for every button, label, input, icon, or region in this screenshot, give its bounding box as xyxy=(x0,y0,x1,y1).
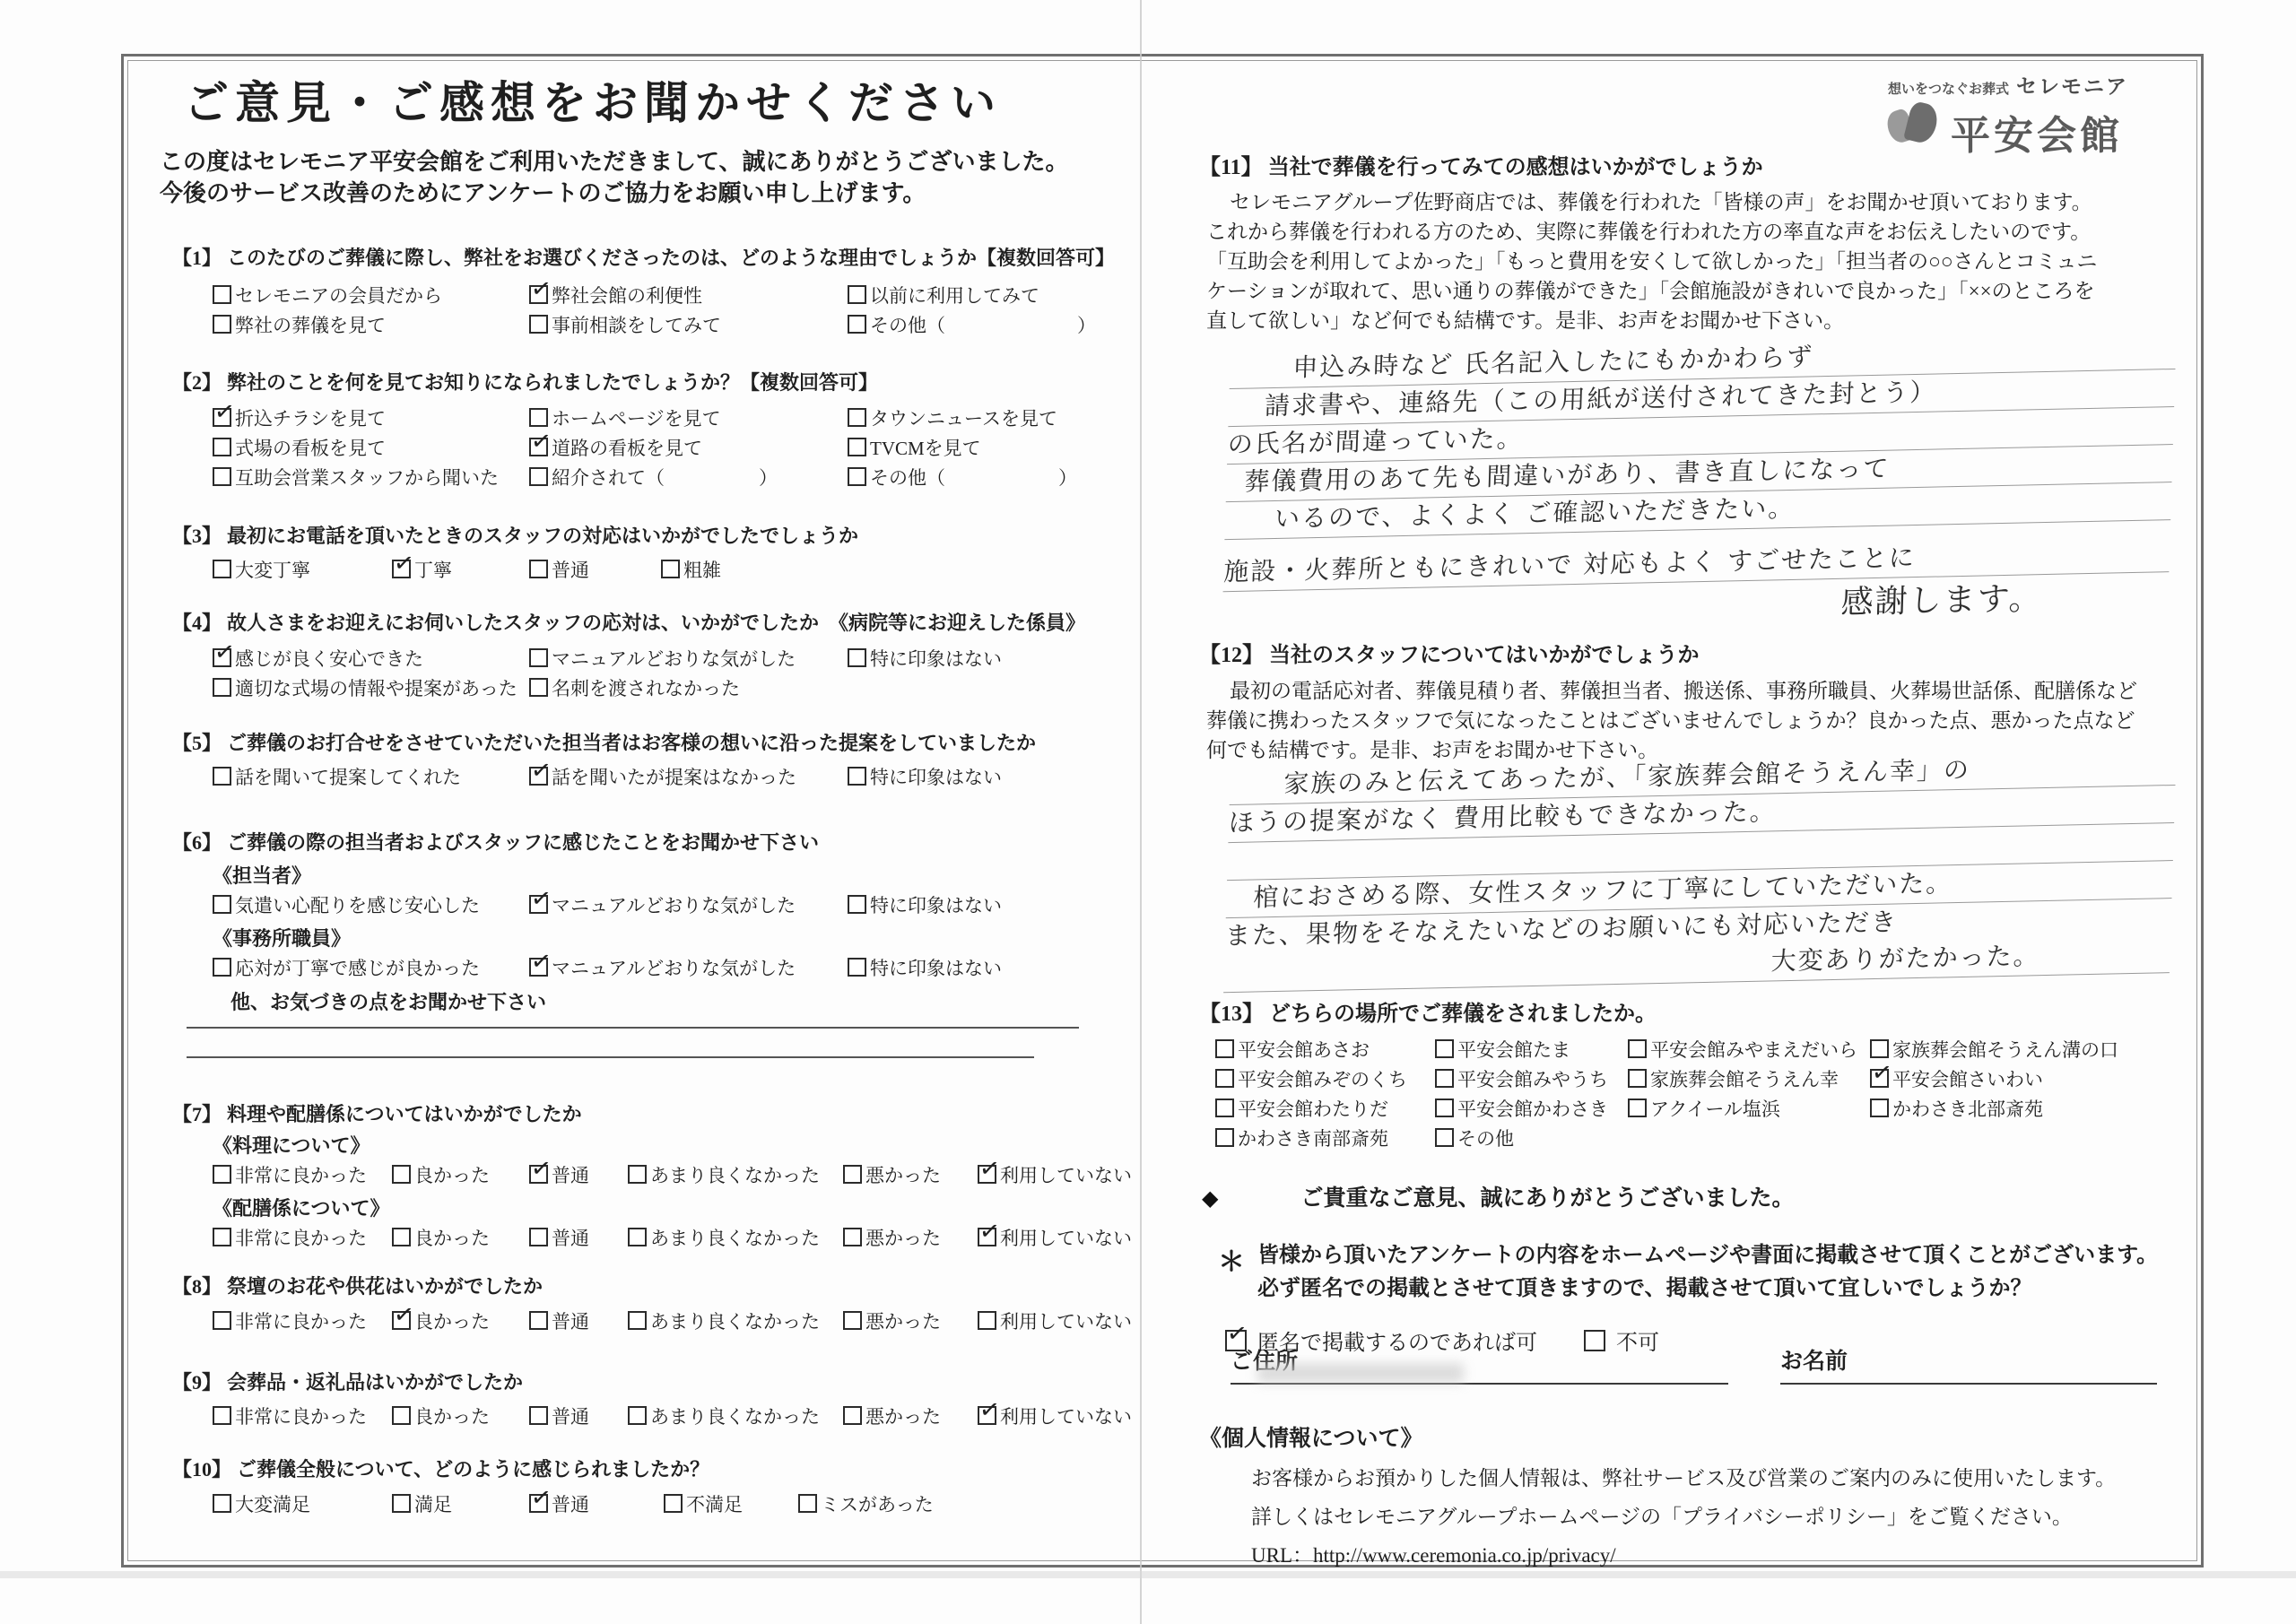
checkmark-icon: ✓ xyxy=(1870,1057,1894,1090)
checkbox[interactable] xyxy=(798,1494,817,1513)
option-label: かわさき南部斎苑 xyxy=(1238,1128,1388,1150)
checkmark-icon: ✓ xyxy=(978,1216,1002,1248)
checkbox[interactable] xyxy=(213,1494,231,1513)
checkbox[interactable] xyxy=(529,315,548,334)
checkbox[interactable] xyxy=(1215,1039,1234,1058)
option-label: かわさき北部斎苑 xyxy=(1892,1099,2043,1120)
checkmark-icon: ✓ xyxy=(529,1482,553,1515)
checkbox[interactable] xyxy=(529,1228,548,1246)
option-label: あまり良くなかった xyxy=(650,1406,820,1428)
option-unchecked: 普通 xyxy=(529,1224,628,1254)
checkbox[interactable] xyxy=(213,285,231,304)
option-label: 利用していない xyxy=(1000,1165,1132,1186)
checkmark-icon: ✓ xyxy=(392,548,416,580)
text-line: ケーションが取れて、思い通りの葬儀ができた」「会館施設がきれいで良かった」「××… xyxy=(1206,276,2186,306)
question-6-note: 他、お気づきの点をお聞かせ下さい xyxy=(230,987,1141,1015)
option-label: あまり良くなかった xyxy=(650,1228,820,1249)
option-unchecked: 良かった xyxy=(392,1403,529,1432)
question-7-heading: 【7】料理や配膳係についてはいかがでしたか xyxy=(172,1099,1141,1127)
checkbox[interactable] xyxy=(213,315,231,334)
logo-brand-text: セレモニア xyxy=(2016,75,2128,98)
option-unchecked: かわさき北部斎苑 xyxy=(1870,1095,2195,1125)
name-field[interactable]: お名前 xyxy=(1780,1343,2157,1385)
question-number: 【4】 xyxy=(172,612,222,634)
option-label: 適切な式場の情報や提案があった xyxy=(235,678,517,699)
option-label: 話を聞いたが提案はなかった xyxy=(552,767,796,788)
option-unchecked: 粗雑 xyxy=(661,556,1141,586)
question-number: 【13】 xyxy=(1199,1003,1264,1026)
option-label: 平安会館かわさき xyxy=(1457,1099,1608,1120)
option-label: 普通 xyxy=(552,1228,589,1249)
question-5-options: 話を聞いて提案してくれた✓話を聞いたが提案はなかった特に印象はない xyxy=(213,763,1141,793)
question-6-options-tantousha: 気遣い心配りを感じ安心した✓マニュアルどおりな気がした特に印象はない xyxy=(213,891,1141,921)
question-number: 【10】 xyxy=(172,1458,231,1481)
option-label: 平安会館みやまえだいら xyxy=(1650,1039,1857,1061)
checkbox[interactable] xyxy=(213,560,231,578)
option-label: その他（ ） xyxy=(870,315,1096,336)
option-unchecked: 名刺を渡されなかった xyxy=(529,674,848,704)
question-text: 最初にお電話を頂いたときのスタッフの対応はいかがでしたでしょうか xyxy=(227,525,858,547)
option-unchecked: マニュアルどおりな気がした xyxy=(529,645,848,674)
checkbox[interactable] xyxy=(529,678,548,697)
checkbox[interactable]: ✓ xyxy=(392,1311,411,1330)
question-12-handwritten-answer[interactable]: 家族のみと伝えてあったが、「家族葬会館そうえん幸」のほうの提案がなく 費用比較も… xyxy=(1223,748,2177,993)
scan-edge-shadow xyxy=(0,1571,2296,1578)
checkbox[interactable] xyxy=(1435,1069,1454,1088)
option-unchecked: 式場の看板を見て xyxy=(213,434,529,464)
option-unchecked: 特に印象はない xyxy=(848,763,1141,793)
option-checked: ✓利用していない xyxy=(978,1161,1141,1191)
checkbox[interactable] xyxy=(1215,1069,1234,1088)
option-label: TVCMを見て xyxy=(870,438,981,459)
checkbox[interactable]: ✓ xyxy=(529,767,548,786)
checkbox[interactable] xyxy=(628,1406,647,1425)
checkbox[interactable] xyxy=(392,1165,411,1184)
publish-consent-section: ＊ 皆様から頂いたアンケートの内容をホームページや書面に掲載させて頂くことがござ… xyxy=(1218,1239,2187,1359)
question-text: 弊社のことを何を見てお知りになられましたでしょうか？【複数回答可】 xyxy=(227,371,878,394)
option-unchecked: 満足 xyxy=(392,1490,529,1520)
text-line: セレモニアグループ佐野商店では、葬儀を行われた「皆様の声」をお聞かせ頂いておりま… xyxy=(1206,187,2186,217)
option-label: 普通 xyxy=(552,1494,589,1515)
checkbox[interactable] xyxy=(848,767,866,786)
question-7: 【7】料理や配膳係についてはいかがでしたか 《料理について》 非常に良かった良か… xyxy=(172,1099,1141,1254)
option-unchecked: 普通 xyxy=(529,1307,628,1337)
question-text: 故人さまをお迎えにお伺いしたスタッフの応対は、いかがでしたか 《病院等にお迎えし… xyxy=(227,612,1085,634)
checkbox[interactable] xyxy=(529,560,548,578)
option-checked: ✓弊社会館の利便性 xyxy=(529,282,848,311)
privacy-heading: 《個人情報について》 xyxy=(1199,1420,2186,1453)
option-unchecked: 特に印象はない xyxy=(848,954,1141,984)
checkbox[interactable] xyxy=(848,648,866,667)
option-checked: ✓マニュアルどおりな気がした xyxy=(529,891,848,921)
option-unchecked: 大変丁寧 xyxy=(213,556,392,586)
checkbox[interactable] xyxy=(1215,1128,1234,1147)
checkbox[interactable] xyxy=(843,1165,862,1184)
checkmark-icon: ✓ xyxy=(529,274,553,306)
option-label: 事前相談をしてみて xyxy=(552,315,721,336)
privacy-url[interactable]: URL：http://www.ceremonia.co.jp/privacy/ xyxy=(1251,1539,2186,1568)
option-label: 普通 xyxy=(552,1311,589,1333)
checkmark-icon: ✓ xyxy=(529,755,553,787)
option-checked: ✓折込チラシを見て xyxy=(213,404,529,434)
thanks-text: ご貴重なご意見、誠にありがとうございました。 xyxy=(1300,1186,1794,1211)
option-checked: ✓平安会館さいわい xyxy=(1870,1065,2195,1095)
option-label: 特に印象はない xyxy=(870,958,1002,979)
checkbox[interactable] xyxy=(213,1311,231,1330)
option-label: ミスがあった xyxy=(821,1494,934,1515)
address-field[interactable]: ご住所 xyxy=(1231,1343,1728,1385)
question-text: ご葬儀の際の担当者およびスタッフに感じたことをお聞かせ下さい xyxy=(227,831,819,854)
question-11-description: セレモニアグループ佐野商店では、葬儀を行われた「皆様の声」をお聞かせ頂いておりま… xyxy=(1206,187,2186,335)
question-8-options: 非常に良かった✓良かった普通あまり良くなかった悪かった利用していない xyxy=(213,1307,1141,1337)
option-label: 弊社会館の利便性 xyxy=(552,285,702,307)
checkbox[interactable] xyxy=(213,1406,231,1425)
option-unchecked: その他 xyxy=(1435,1125,1628,1154)
option-unchecked: 平安会館わたりだ xyxy=(1215,1095,1435,1125)
checkbox[interactable] xyxy=(392,1406,411,1425)
option-label: 感じが良く安心できた xyxy=(235,648,423,670)
question-3: 【3】最初にお電話を頂いたときのスタッフの対応はいかがでしたでしょうか 大変丁寧… xyxy=(172,521,1141,586)
option-label: あまり良くなかった xyxy=(650,1311,820,1333)
option-unchecked: 家族葬会館そうえん幸 xyxy=(1628,1065,1870,1095)
option-label: 普通 xyxy=(552,1165,589,1186)
checkbox[interactable] xyxy=(848,895,866,914)
checkbox[interactable] xyxy=(848,438,866,456)
text-line: 「互助会を利用してよかった」「もっと費用を安くして欲しかった」「担当者の○○さん… xyxy=(1206,247,2186,276)
logo-petal-right xyxy=(1903,100,1941,145)
question-12: 【12】当社のスタッフについてはいかがでしょうか 最初の電話応対者、葬儀見積り者… xyxy=(1199,637,2186,765)
text-line: 直して欲しい」など何でも結構です。是非、お声をお聞かせ下さい。 xyxy=(1206,306,2186,335)
question-10-heading: 【10】ご葬儀全般について、どのように感じられましたか？ xyxy=(172,1455,1141,1482)
option-unchecked: かわさき南部斎苑 xyxy=(1215,1125,1435,1154)
text-line: これから葬儀を行われる方のため、実際に葬儀を行われた方の率直な声をお伝えしたいの… xyxy=(1206,217,2186,247)
checkbox[interactable] xyxy=(213,438,231,456)
text-line: 皆様から頂いたアンケートの内容をホームページや書面に掲載させて頂くことがございま… xyxy=(1257,1239,2187,1272)
option-unchecked: 応対が丁寧で感じが良かった xyxy=(213,954,529,984)
option-label: 平安会館みやうち xyxy=(1457,1069,1608,1090)
checkbox[interactable] xyxy=(213,895,231,914)
checkbox[interactable] xyxy=(1870,1099,1889,1117)
checkbox[interactable] xyxy=(1628,1069,1647,1088)
checkbox[interactable]: ✓ xyxy=(978,1165,996,1184)
option-unchecked: あまり良くなかった xyxy=(628,1224,843,1254)
option-label: 普通 xyxy=(552,1406,589,1428)
question-number: 【12】 xyxy=(1199,644,1264,667)
option-unchecked: 話を聞いて提案してくれた xyxy=(213,763,529,793)
checkbox[interactable]: ✓ xyxy=(529,895,548,914)
checkmark-icon: ✓ xyxy=(529,426,553,458)
option-unchecked: 非常に良かった xyxy=(213,1307,392,1337)
checkbox[interactable] xyxy=(213,958,231,977)
text-line: 葬儀に携わったスタッフで気になったことはございませんでしょうか？良かった点、悪か… xyxy=(1206,706,2186,735)
checkbox[interactable] xyxy=(529,1311,548,1330)
option-unchecked: 悪かった xyxy=(843,1403,978,1432)
checkbox[interactable] xyxy=(1435,1039,1454,1058)
checkbox[interactable] xyxy=(843,1406,862,1425)
question-12-heading: 【12】当社のスタッフについてはいかがでしょうか xyxy=(1199,637,2186,668)
checkbox[interactable] xyxy=(628,1228,647,1246)
option-label: 非常に良かった xyxy=(235,1311,367,1333)
option-unchecked: 平安会館たま xyxy=(1435,1036,1628,1065)
option-label: 大変丁寧 xyxy=(235,560,310,581)
checkbox[interactable]: ✓ xyxy=(213,408,231,427)
question-text: 当社のスタッフについてはいかがでしょうか xyxy=(1269,644,1700,667)
option-unchecked: あまり良くなかった xyxy=(628,1403,843,1432)
logo-tagline: 想いをつなぐお葬式セレモニア xyxy=(1888,70,2175,100)
option-unchecked: 普通 xyxy=(529,556,661,586)
question-1: 【1】このたびのご葬儀に際し、弊社をお選びくださったのは、どのような理由でしょう… xyxy=(172,243,1141,341)
question-8: 【8】祭壇のお花や供花はいかがでしたか 非常に良かった✓良かった普通あまり良くな… xyxy=(172,1272,1141,1337)
question-3-heading: 【3】最初にお電話を頂いたときのスタッフの対応はいかがでしたでしょうか xyxy=(172,521,1141,549)
checkbox[interactable] xyxy=(529,467,548,486)
question-4: 【4】故人さまをお迎えにお伺いしたスタッフの応対は、いかがでしたか 《病院等にお… xyxy=(172,608,1141,704)
checkbox[interactable]: ✓ xyxy=(978,1406,996,1425)
option-unchecked: その他（ ） xyxy=(848,311,1141,341)
free-comment-line-2[interactable] xyxy=(187,1056,1034,1058)
question-text: 料理や配膳係についてはいかがでしたか xyxy=(227,1103,582,1125)
option-label: 非常に良かった xyxy=(235,1228,367,1249)
option-unchecked: 特に印象はない xyxy=(848,891,1141,921)
question-7-options-ryori: 非常に良かった良かった✓普通あまり良くなかった悪かった✓利用していない xyxy=(213,1161,1141,1191)
question-7-subhead-ryori: 《料理について》 xyxy=(213,1131,1141,1159)
option-label: 平安会館あさお xyxy=(1238,1039,1370,1061)
option-label: 話を聞いて提案してくれた xyxy=(235,767,461,788)
checkbox[interactable]: ✓ xyxy=(392,560,411,578)
name-label: お名前 xyxy=(1780,1350,1848,1374)
question-6-heading: 【6】ご葬儀の際の担当者およびスタッフに感じたことをお聞かせ下さい xyxy=(172,828,1141,855)
option-label: 気遣い心配りを感じ安心した xyxy=(235,895,480,916)
option-label: 紹介されて（ ） xyxy=(552,467,778,489)
option-label: 平安会館わたりだ xyxy=(1238,1099,1388,1120)
option-label: 特に印象はない xyxy=(870,767,1002,788)
option-unchecked: 平安会館みぞのくち xyxy=(1215,1065,1435,1095)
option-unchecked: TVCMを見て xyxy=(848,434,1141,464)
option-label: 悪かった xyxy=(865,1311,941,1333)
option-label: 良かった xyxy=(414,1228,490,1249)
option-unchecked: 利用していない xyxy=(978,1307,1141,1337)
checkbox[interactable] xyxy=(1628,1099,1647,1117)
option-label: 利用していない xyxy=(1000,1406,1132,1428)
checkbox[interactable] xyxy=(1628,1039,1647,1058)
checkmark-icon: ✓ xyxy=(978,1394,1002,1427)
option-label: 満足 xyxy=(414,1494,452,1515)
checkbox[interactable] xyxy=(213,1228,231,1246)
option-label: 特に印象はない xyxy=(870,648,1002,670)
option-label: 良かった xyxy=(414,1165,490,1186)
checkbox[interactable] xyxy=(392,1494,411,1513)
question-4-options: ✓感じが良く安心できたマニュアルどおりな気がした特に印象はない適切な式場の情報や… xyxy=(213,645,1141,704)
question-7-options-haizen: 非常に良かった良かった普通あまり良くなかった悪かった✓利用していない xyxy=(213,1224,1141,1254)
question-10: 【10】ご葬儀全般について、どのように感じられましたか？ 大変満足満足✓普通不満… xyxy=(172,1455,1141,1520)
option-unchecked: 普通 xyxy=(529,1403,628,1432)
checkbox[interactable] xyxy=(661,560,680,578)
checkbox[interactable]: ✓ xyxy=(529,438,548,456)
checkmark-icon: ✓ xyxy=(978,1153,1002,1185)
option-checked: ✓マニュアルどおりな気がした xyxy=(529,954,848,984)
checkbox[interactable]: ✓ xyxy=(529,958,548,977)
option-unchecked: 気遣い心配りを感じ安心した xyxy=(213,891,529,921)
question-6-subhead-tantousha: 《担当者》 xyxy=(213,861,1141,889)
option-unchecked: 悪かった xyxy=(843,1307,978,1337)
option-unchecked: アクイール塩浜 xyxy=(1628,1095,1870,1125)
checkbox[interactable]: ✓ xyxy=(529,1494,548,1513)
option-checked: ✓丁寧 xyxy=(392,556,529,586)
checkbox[interactable] xyxy=(529,648,548,667)
question-9-options: 非常に良かった良かった普通あまり良くなかった悪かった✓利用していない xyxy=(213,1403,1141,1432)
option-unchecked: 非常に良かった xyxy=(213,1403,392,1432)
free-comment-line-1[interactable] xyxy=(187,1027,1079,1029)
option-unchecked: 事前相談をしてみて xyxy=(529,311,848,341)
option-unchecked: 弊社の葬儀を見て xyxy=(213,311,529,341)
checkbox[interactable] xyxy=(1435,1128,1454,1147)
option-label: 不満足 xyxy=(686,1494,743,1515)
option-label: 良かった xyxy=(414,1311,490,1333)
option-label: 平安会館さいわい xyxy=(1892,1069,2043,1090)
option-label: 家族葬会館そうえん溝の口 xyxy=(1892,1039,2118,1061)
checkbox[interactable] xyxy=(392,1228,411,1246)
option-unchecked: 不満足 xyxy=(664,1490,798,1520)
question-6: 【6】ご葬儀の際の担当者およびスタッフに感じたことをお聞かせ下さい 《担当者》 … xyxy=(172,828,1141,1015)
question-5: 【5】ご葬儀のお打合せをさせていただいた担当者はお客様の想いに沿った提案をしてい… xyxy=(172,728,1141,793)
option-label: 平安会館たま xyxy=(1457,1039,1570,1061)
checkbox[interactable] xyxy=(848,467,866,486)
checkbox[interactable] xyxy=(848,408,866,427)
page-title: ご意見・ご感想をお聞かせください xyxy=(184,67,1002,132)
checkbox[interactable] xyxy=(213,767,231,786)
question-2-heading: 【2】弊社のことを何を見てお知りになられましたでしょうか？【複数回答可】 xyxy=(172,368,1141,395)
question-number: 【2】 xyxy=(172,371,222,394)
checkbox[interactable] xyxy=(628,1311,647,1330)
option-unchecked: 平安会館みやまえだいら xyxy=(1628,1036,1870,1065)
option-unchecked: あまり良くなかった xyxy=(628,1161,843,1191)
option-checked: ✓感じが良く安心できた xyxy=(213,645,529,674)
option-label: マニュアルどおりな気がした xyxy=(552,648,796,670)
checkbox[interactable] xyxy=(843,1228,862,1246)
intro-line-2: 今後のサービス改善のためにアンケートのご協力をお願い申し上げます。 xyxy=(160,178,1068,209)
option-unchecked: タウンニュースを見て xyxy=(848,404,1141,434)
checkbox[interactable] xyxy=(843,1311,862,1330)
option-unchecked: 良かった xyxy=(392,1224,529,1254)
option-unchecked: 家族葬会館そうえん溝の口 xyxy=(1870,1036,2195,1065)
question-1-options: セレモニアの会員だから✓弊社会館の利便性以前に利用してみて弊社の葬儀を見て事前相… xyxy=(213,282,1141,341)
option-label: セレモニアの会員だから xyxy=(235,285,442,307)
question-text: 会葬品・返礼品はいかがでしたか xyxy=(227,1371,523,1394)
checkbox[interactable] xyxy=(978,1311,996,1330)
question-9: 【9】会葬品・返礼品はいかがでしたか 非常に良かった良かった普通あまり良くなかっ… xyxy=(172,1368,1141,1432)
checkbox[interactable] xyxy=(529,1406,548,1425)
option-label: 大変満足 xyxy=(235,1494,310,1515)
option-label: 非常に良かった xyxy=(235,1165,367,1186)
question-number: 【11】 xyxy=(1199,156,1263,179)
option-checked: ✓話を聞いたが提案はなかった xyxy=(529,763,848,793)
option-label: 利用していない xyxy=(1000,1228,1132,1249)
question-10-options: 大変満足満足✓普通不満足ミスがあった xyxy=(213,1490,1141,1520)
checkmark-icon: ✓ xyxy=(529,946,553,978)
intro-line-1: この度はセレモニア平安会館をご利用いただきまして、誠にありがとうございました。 xyxy=(160,146,1068,178)
question-number: 【5】 xyxy=(172,732,222,754)
question-6-options-jimusho: 応対が丁寧で感じが良かった✓マニュアルどおりな気がした特に印象はない xyxy=(213,954,1141,984)
option-label: その他（ ） xyxy=(870,467,1077,489)
option-label: タウンニュースを見て xyxy=(870,408,1057,430)
asterisk-marker: ＊ xyxy=(1218,1239,1245,1279)
option-label: 悪かった xyxy=(865,1228,941,1249)
option-label: 悪かった xyxy=(865,1165,941,1186)
question-2-options: ✓折込チラシを見てホームページを見てタウンニュースを見て式場の看板を見て✓道路の… xyxy=(213,404,1141,493)
option-label: その他 xyxy=(1457,1128,1514,1150)
option-unchecked: 悪かった xyxy=(843,1224,978,1254)
checkbox[interactable]: ✓ xyxy=(529,285,548,304)
question-6-subhead-jimusho: 《事務所職員》 xyxy=(213,924,1141,951)
question-number: 【1】 xyxy=(172,247,222,269)
option-checked: ✓道路の看板を見て xyxy=(529,434,848,464)
option-label: 互助会営業スタッフから聞いた xyxy=(235,467,499,489)
checkbox[interactable]: ✓ xyxy=(978,1228,996,1246)
option-label: 粗雑 xyxy=(683,560,721,581)
option-unchecked: 平安会館みやうち xyxy=(1435,1065,1628,1095)
checkbox[interactable] xyxy=(664,1494,683,1513)
checkbox[interactable] xyxy=(628,1165,647,1184)
option-label: 良かった xyxy=(414,1406,490,1428)
option-label: 弊社の葬儀を見て xyxy=(235,315,386,336)
checkbox[interactable] xyxy=(1215,1099,1234,1117)
checkbox[interactable] xyxy=(848,958,866,977)
butterfly-logo-icon xyxy=(1888,101,1940,153)
question-13-heading: 【13】どちらの場所でご葬儀をされましたか。 xyxy=(1199,995,2195,1027)
checkmark-icon: ✓ xyxy=(529,883,553,916)
intro-text: この度はセレモニア平安会館をご利用いただきまして、誠にありがとうございました。 … xyxy=(160,146,1068,209)
privacy-line-1: お客様からお預かりした個人情報は、弊社サービス及び営業のご案内のみに使用いたしま… xyxy=(1251,1462,2186,1491)
option-unchecked: 平安会館かわさき xyxy=(1435,1095,1628,1125)
option-unchecked: セレモニアの会員だから xyxy=(213,282,529,311)
option-unchecked: 特に印象はない xyxy=(848,645,1141,674)
checkbox[interactable] xyxy=(529,408,548,427)
checkbox[interactable]: ✓ xyxy=(529,1165,548,1184)
option-unchecked: 互助会営業スタッフから聞いた xyxy=(213,464,529,493)
checkbox[interactable]: ✓ xyxy=(213,648,231,667)
checkbox[interactable] xyxy=(213,467,231,486)
question-11-handwritten-answer[interactable]: 申込み時など 氏名記入したにもかかわらず請求書や、連絡先（この用紙が送付されてき… xyxy=(1222,332,2177,642)
option-unchecked: その他（ ） xyxy=(848,464,1141,493)
option-unchecked: ミスがあった xyxy=(798,1490,1141,1520)
scanned-questionnaire-sheet: ご意見・ご感想をお聞かせください この度はセレモニア平安会館をご利用いただきまし… xyxy=(0,0,2296,1624)
checkbox[interactable] xyxy=(848,285,866,304)
checkbox[interactable] xyxy=(213,678,231,697)
privacy-section: 《個人情報について》 お客様からお預かりした個人情報は、弊社サービス及び営業のご… xyxy=(1199,1420,2186,1568)
option-label: あまり良くなかった xyxy=(650,1165,820,1186)
option-label: ホームページを見て xyxy=(552,408,721,430)
question-3-options: 大変丁寧✓丁寧普通粗雑 xyxy=(213,556,1141,586)
checkbox[interactable] xyxy=(1435,1099,1454,1117)
checkbox[interactable] xyxy=(213,1165,231,1184)
option-label: 式場の看板を見て xyxy=(235,438,386,459)
option-checked: ✓利用していない xyxy=(978,1224,1141,1254)
option-unchecked: あまり良くなかった xyxy=(628,1307,843,1337)
option-checked: ✓普通 xyxy=(529,1490,664,1520)
diamond-bullet-icon: ◆ xyxy=(1202,1187,1218,1211)
checkbox[interactable] xyxy=(848,315,866,334)
question-number: 【9】 xyxy=(172,1371,222,1394)
question-11-heading: 【11】当社で葬儀を行ってみての感想はいかがでしょうか xyxy=(1199,149,2186,180)
checkmark-icon: ✓ xyxy=(213,637,237,669)
checkbox[interactable]: ✓ xyxy=(1870,1069,1889,1088)
option-checked: ✓利用していない xyxy=(978,1403,1141,1432)
question-text: 祭壇のお花や供花はいかがでしたか xyxy=(227,1275,543,1298)
option-label: 丁寧 xyxy=(414,560,452,581)
checkmark-icon: ✓ xyxy=(213,396,237,429)
checkbox[interactable] xyxy=(1870,1039,1889,1058)
publish-consent-text: 皆様から頂いたアンケートの内容をホームページや書面に掲載させて頂くことがございま… xyxy=(1257,1239,2187,1306)
option-unchecked: 非常に良かった xyxy=(213,1224,392,1254)
